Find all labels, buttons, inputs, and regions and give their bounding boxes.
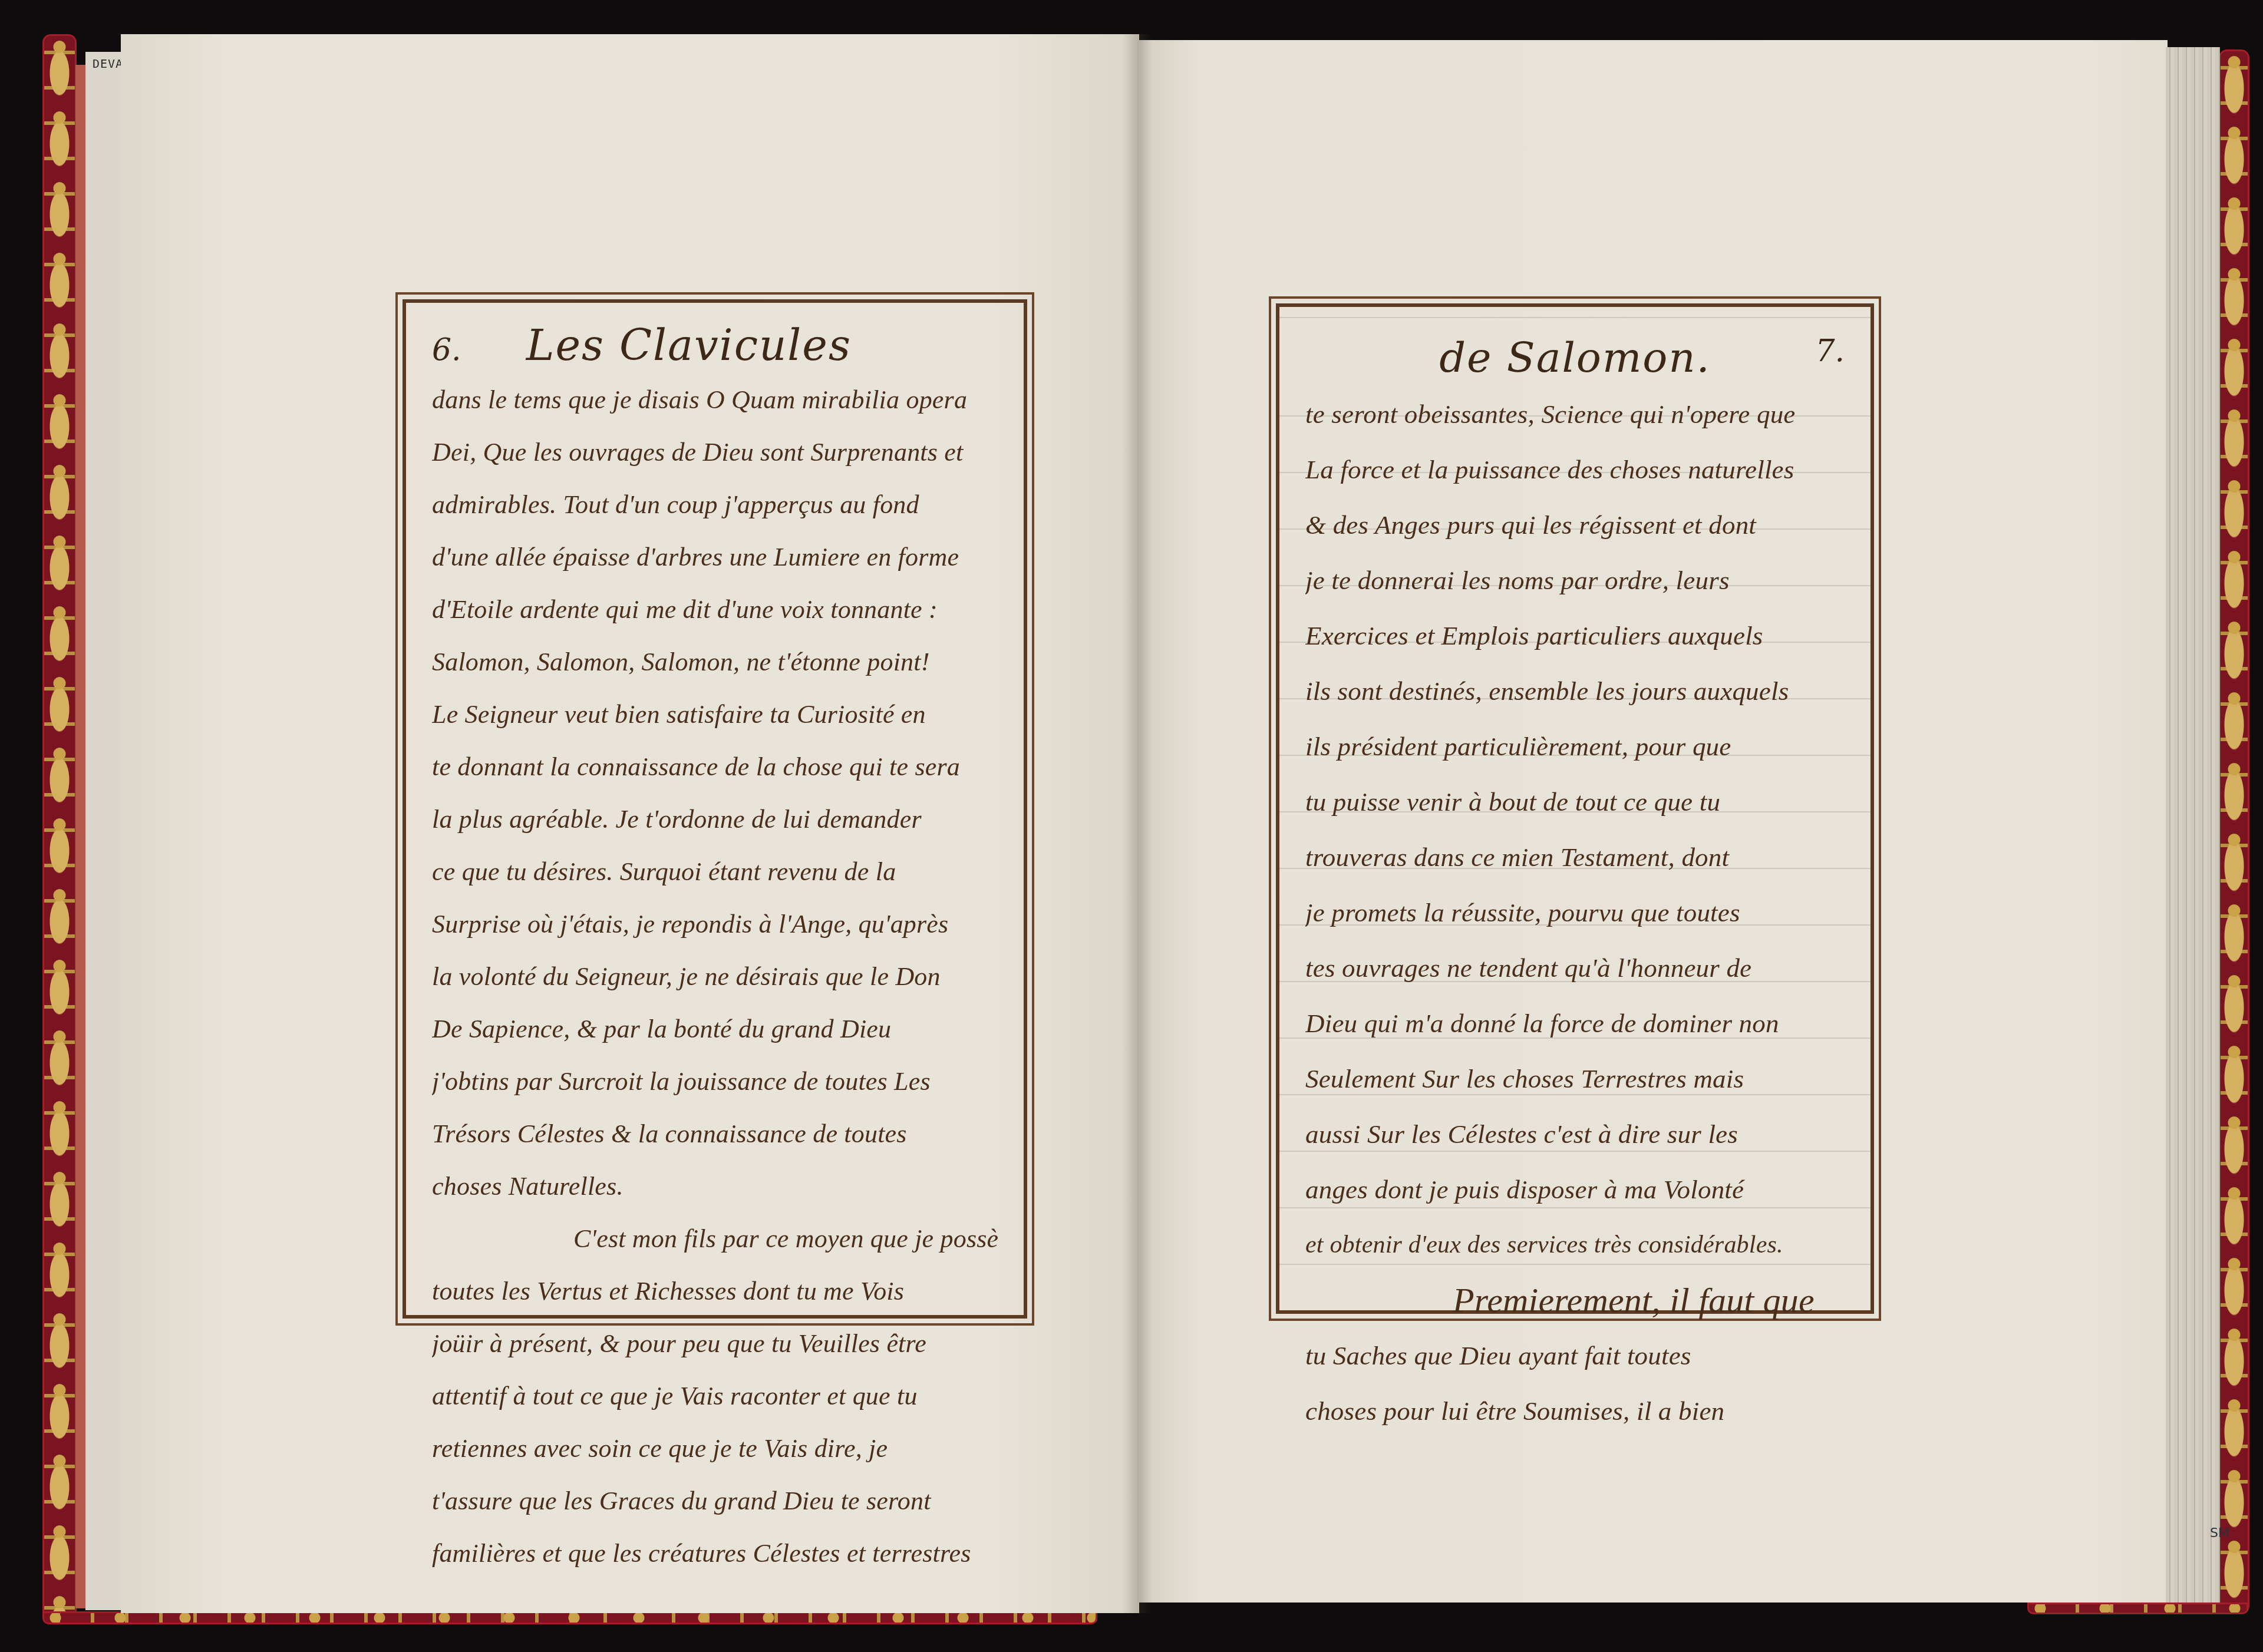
right-header: de Salomon. 7. (1305, 333, 1845, 386)
page-number: 7. (1815, 333, 1845, 369)
text-line: tu puisse venir à bout de tout ce que tu (1305, 774, 1845, 830)
bottom-cover-edge-right (2027, 1603, 2248, 1614)
text-line: Salomon, Salomon, Salomon, ne t'étonne p… (432, 636, 998, 688)
text-line: Dieu qui m'a donné la force de dominer n… (1305, 996, 1845, 1051)
text-line: choses pour lui être Soumises, il a bien (1305, 1383, 1845, 1439)
text-line: je promets la réussite, pourvu que toute… (1305, 885, 1845, 940)
text-line: dans le tems que je disais O Quam mirabi… (432, 374, 998, 426)
text-line: De Sapience, & par la bonté du grand Die… (432, 1003, 998, 1055)
text-line: et obtenir d'eux des services très consi… (1305, 1217, 1845, 1273)
text-line: trouveras dans ce mien Testament, dont (1305, 830, 1845, 885)
running-title: Les Clavicules (526, 321, 852, 370)
binding-label: SM (2210, 1526, 2229, 1541)
flyleaf: DEVAL (85, 52, 121, 1610)
text-line: retiennes avec soin ce que je te Vais di… (432, 1422, 998, 1475)
text-line: la volonté du Seigneur, je ne désirais q… (432, 950, 998, 1003)
right-cover-edge (2219, 49, 2249, 1614)
text-line: tu Saches que Dieu ayant fait toutes (1305, 1328, 1845, 1383)
text-line: admirables. Tout d'un coup j'apperçus au… (432, 478, 998, 531)
text-line: Surprise où j'étais, je repondis à l'Ang… (432, 898, 998, 950)
text-line: Dei, Que les ouvrages de Dieu sont Surpr… (432, 426, 998, 478)
left-cover-edge (42, 34, 77, 1619)
left-text-body: dans le tems que je disais O Quam mirabi… (432, 374, 998, 1580)
bottom-cover-edge-left (42, 1611, 1097, 1624)
text-line: tes ouvrages ne tendent qu'à l'honneur d… (1305, 940, 1845, 996)
right-text-body: te seront obeissantes, Science qui n'ope… (1305, 386, 1845, 1439)
paragraph-start-line: C'est mon fils par ce moyen que je possè… (432, 1212, 998, 1265)
text-line: Seulement Sur les choses Terrestres mais (1305, 1051, 1845, 1106)
text-line: j'obtins par Surcroit la jouissance de t… (432, 1055, 998, 1108)
section-heading-line: Premierement, il faut que (1305, 1273, 1845, 1328)
right-text-frame: de Salomon. 7. te seront obeissantes, Sc… (1276, 303, 1874, 1314)
page-edges (2166, 47, 2220, 1603)
text-line: je te donnerai les noms par ordre, leurs (1305, 553, 1845, 608)
text-line: t'assure que les Graces du grand Dieu te… (432, 1475, 998, 1527)
text-line: ce que tu désires. Surquoi étant revenu … (432, 845, 998, 898)
gutter (1123, 34, 1152, 1613)
text-line: la plus agréable. Je t'ordonne de lui de… (432, 793, 998, 845)
text-line: attentif à tout ce que je Vais raconter … (432, 1370, 998, 1422)
text-line: familières et que les créatures Célestes… (432, 1527, 998, 1580)
text-line: aussi Sur les Célestes c'est à dire sur … (1305, 1106, 1845, 1162)
text-line: te donnant la connaissance de la chose q… (432, 741, 998, 793)
text-line: te seront obeissantes, Science qui n'ope… (1305, 386, 1845, 442)
text-line: d'une allée épaisse d'arbres une Lumiere… (432, 531, 998, 583)
text-line: choses Naturelles. (432, 1160, 998, 1212)
text-line: ils sont destinés, ensemble les jours au… (1305, 663, 1845, 719)
left-header: 6. Les Clavicules (432, 321, 998, 374)
running-title: de Salomon. (1439, 333, 1711, 382)
text-line: Exercices et Emplois particuliers auxque… (1305, 608, 1845, 663)
text-line: Trésors Célestes & la connaissance de to… (432, 1108, 998, 1160)
text-line: La force et la puissance des choses natu… (1305, 442, 1845, 497)
page-number: 6. (432, 332, 461, 368)
text-line: ils président particulièrement, pour que (1305, 719, 1845, 774)
text-line: anges dont je puis disposer à ma Volonté (1305, 1162, 1845, 1217)
text-line: & des Anges purs qui les régissent et do… (1305, 497, 1845, 553)
text-line: joüir à présent, & pour peu que tu Veuil… (432, 1317, 998, 1370)
text-line: toutes les Vertus et Richesses dont tu m… (432, 1265, 998, 1317)
text-line: Le Seigneur veut bien satisfaire ta Curi… (432, 688, 998, 741)
text-line: d'Etoile ardente qui me dit d'une voix t… (432, 583, 998, 636)
left-text-frame: 6. Les Clavicules dans le tems que je di… (403, 299, 1027, 1319)
